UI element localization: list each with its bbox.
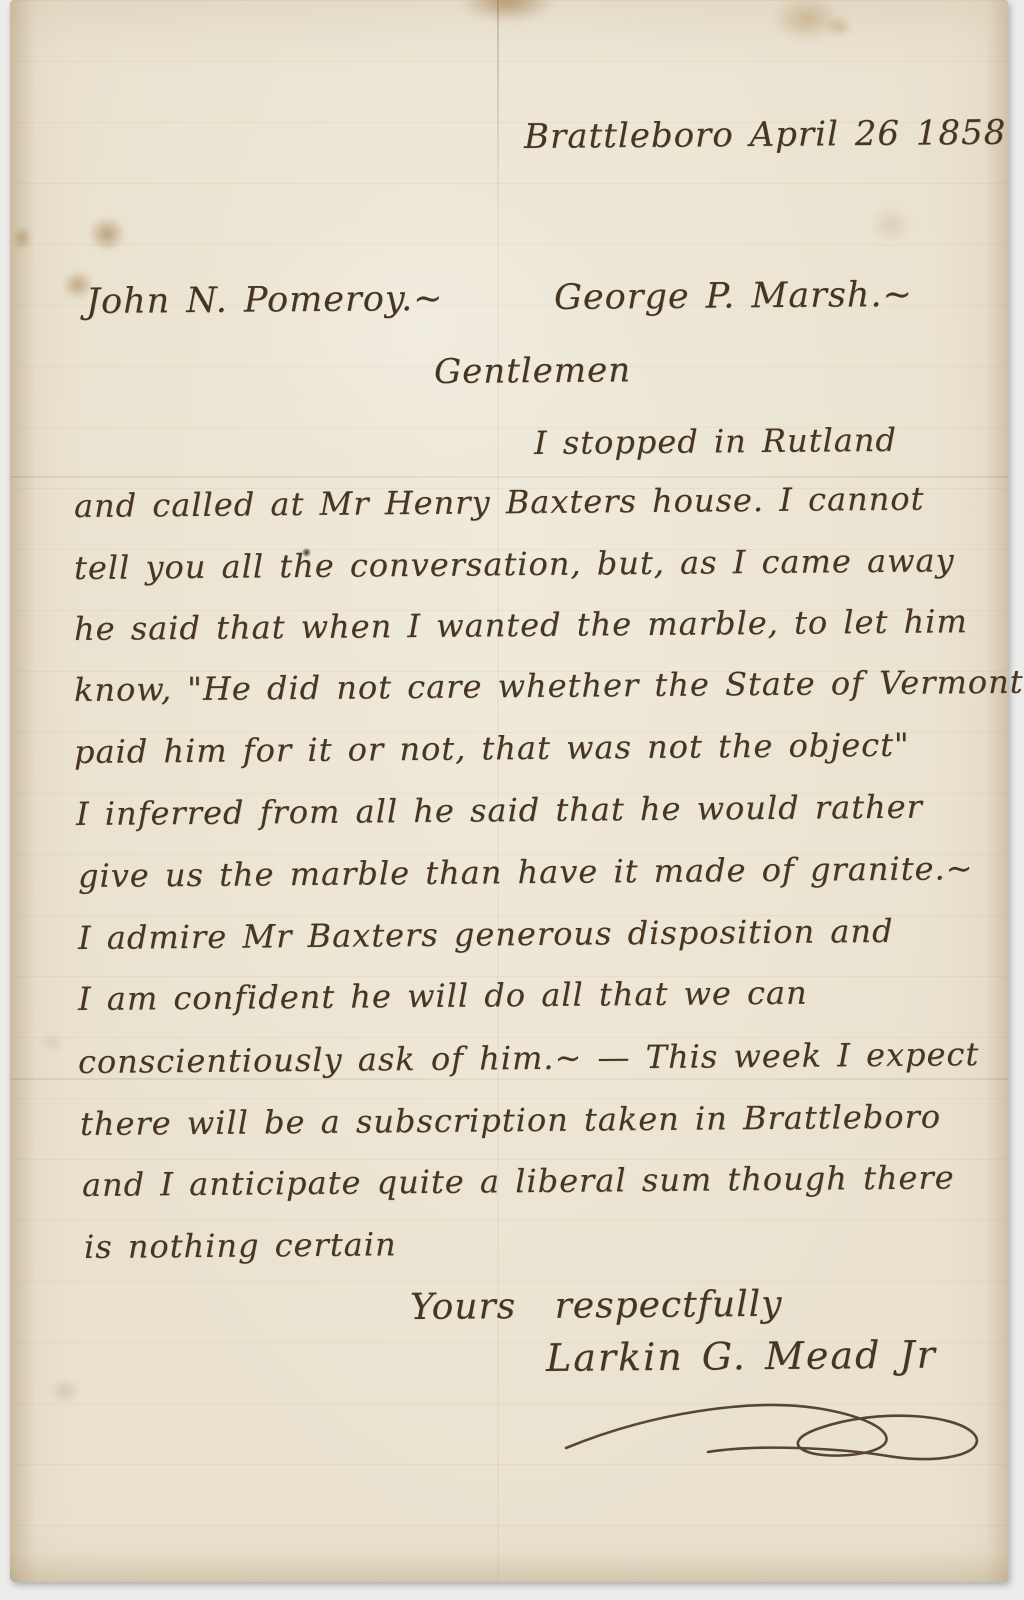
body-line-13: and I anticipate quite a liberal sum tho… (82, 1158, 955, 1204)
signature: Larkin G. Mead Jr (546, 1333, 937, 1380)
stain (88, 216, 126, 252)
stain (870, 206, 912, 244)
body-line-5: know, "He did not care whether the State… (74, 663, 1024, 709)
letter-page: Brattleboro April 26 1858 } John N. Pome… (10, 0, 1008, 1582)
stain (12, 226, 32, 250)
scan-background: Brattleboro April 26 1858 } John N. Pome… (0, 0, 1024, 1600)
addressee-john-pomeroy: John N. Pomeroy.~ (86, 279, 444, 322)
stain (50, 1378, 80, 1404)
body-line-6: paid him for it or not, that was not the… (74, 726, 910, 771)
body-line-12: there will be a subscription taken in Br… (80, 1097, 941, 1143)
salutation: Gentlemen (434, 350, 631, 392)
body-line-2: and called at Mr Henry Baxters house. I … (74, 480, 925, 525)
addressee-george-marsh: George P. Marsh.~ (554, 275, 913, 318)
body-line-11: conscientiously ask of him.~ — This week… (78, 1035, 980, 1081)
closing: Yours respectfully (410, 1284, 783, 1328)
stain (40, 1032, 64, 1052)
body-line-14: is nothing certain (84, 1225, 397, 1266)
body-line-10: I am confident he will do all that we ca… (78, 974, 808, 1018)
fold-crease-horizontal-top (10, 476, 1008, 478)
stain (460, 0, 555, 22)
body-line-7: I inferred from all he said that he woul… (76, 788, 923, 833)
body-line-8: give us the marble than have it made of … (78, 849, 974, 895)
body-line-9: I admire Mr Baxters generous disposition… (78, 912, 894, 957)
body-line-4: he said that when I wanted the marble, t… (74, 602, 968, 648)
stain (825, 16, 853, 38)
dateline-text: Brattleboro April 26 1858 (524, 113, 1007, 157)
body-line-3: tell you all the conversation, but, as I… (74, 541, 955, 587)
signature-flourish (558, 1386, 990, 1481)
dateline: Brattleboro April 26 1858 } (524, 103, 1024, 159)
paper-watermark (225, 180, 595, 465)
body-line-1: I stopped in Rutland (534, 421, 897, 462)
